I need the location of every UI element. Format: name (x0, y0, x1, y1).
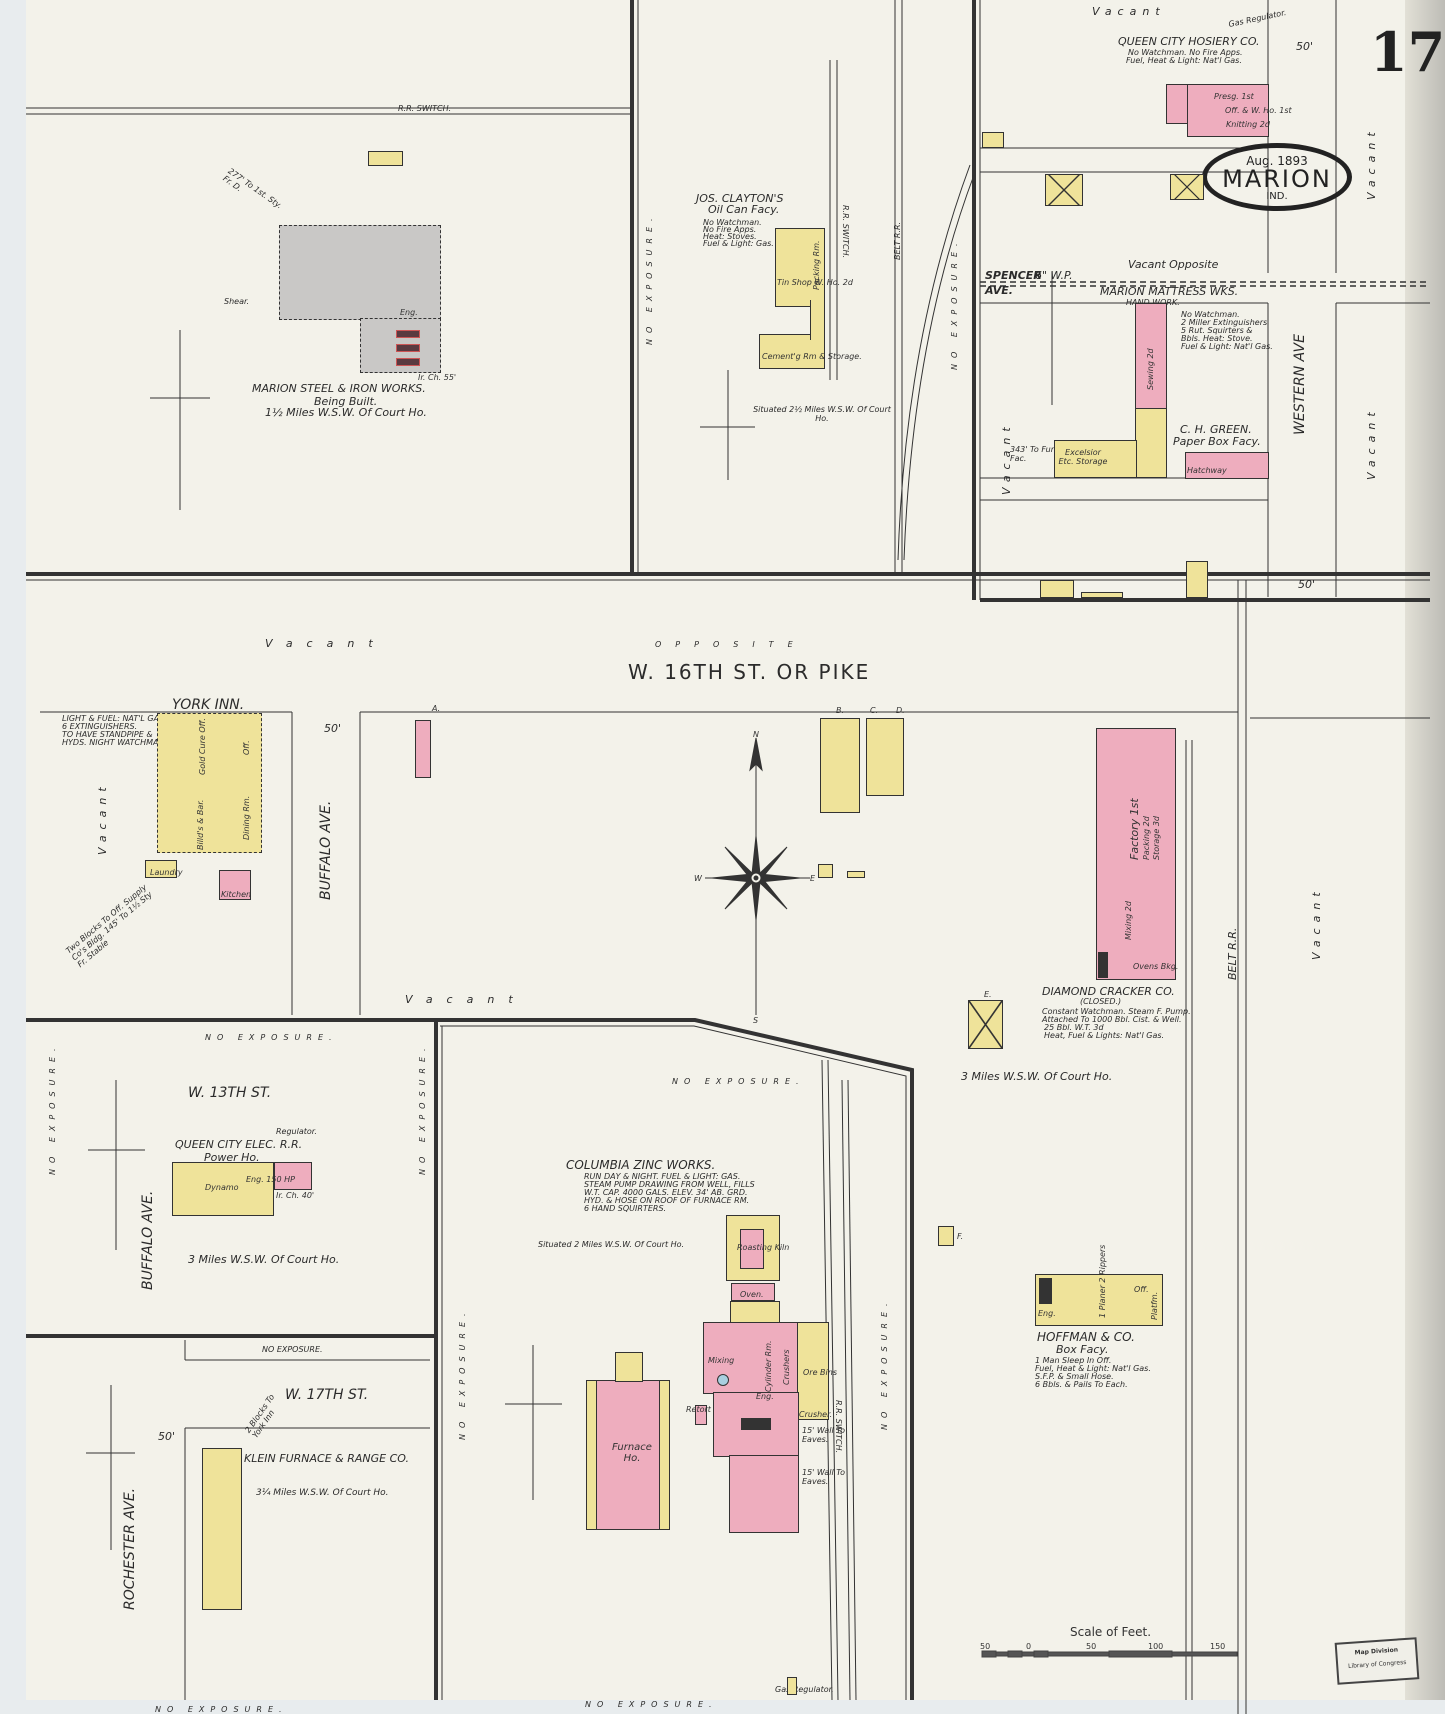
building-brick (415, 720, 431, 778)
room-label: Presg. 1st (1214, 92, 1254, 101)
vacant-label: Vacant (1310, 886, 1323, 960)
building-frame (1186, 561, 1208, 598)
property-name: QUEEN CITY ELEC. R.R. (175, 1138, 302, 1151)
room-label: Mixing (708, 1356, 734, 1365)
compass-rose-icon (705, 738, 810, 1015)
vacant-label: Vacant (96, 781, 109, 855)
room-label: Off. (242, 740, 251, 755)
street-w16th: W. 16TH ST. OR PIKE (628, 660, 870, 684)
scale-tick: 0 (1026, 1642, 1031, 1651)
property-distance: 3 Miles W.S.W. Of Court Ho. (188, 1253, 339, 1266)
room-label: Factory 1st (1128, 798, 1141, 860)
property-name: COLUMBIA ZINC WORKS. (566, 1158, 715, 1172)
street-w13th: W. 13TH ST. (188, 1085, 271, 1101)
room-label: Ovens Bkg. (1133, 962, 1178, 971)
street-western-ave: WESTERN AVE (1292, 334, 1308, 435)
building-letter: C. (870, 706, 878, 715)
pipe-size: 6" W.P. (1035, 269, 1073, 282)
property-name: YORK INN. (172, 697, 244, 713)
property-name: MARION MATTRESS WKS. (1100, 285, 1238, 298)
no-exposure-label: No Exposure. (585, 1700, 718, 1709)
scale-of-feet: Scale of Feet. 50 0 50 100 150 (980, 1625, 1240, 1665)
boiler-icon (396, 330, 420, 338)
room-label: Packing 2d (1142, 816, 1151, 860)
gas-regulator-label: Gas Regulator. (775, 1685, 834, 1694)
room-label: Knitting 2d (1226, 120, 1270, 129)
room-label: Billd's & Bar. (196, 800, 205, 850)
building-frame (1081, 592, 1123, 598)
building-under-construction (279, 225, 441, 320)
building-frame (615, 1352, 643, 1382)
property-name: KLEIN FURNACE & RANGE CO. (244, 1452, 409, 1465)
property-name: MARION STEEL & IRON WORKS. (252, 382, 426, 395)
no-exposure-label: No Exposure. (48, 1042, 57, 1175)
no-exposure-label: No Exposure. (880, 1297, 889, 1430)
room-label: Eng. (400, 308, 418, 317)
vacant-label: Vacant (1365, 406, 1378, 480)
room-label: 1 Planer 2 Rippers (1098, 1245, 1107, 1318)
no-exposure-label: No Exposure. (262, 1345, 323, 1354)
property-distance: Situated 2 Miles W.S.W. Of Court Ho. (538, 1240, 684, 1249)
building-frame (730, 1301, 780, 1323)
building-letter: B. (836, 706, 844, 715)
property-distance: Situated 2½ Miles W.S.W. Of Court Ho. (752, 405, 892, 423)
room-label: Platfm. (1150, 1292, 1159, 1320)
opposite-label: OPPOSITE (655, 640, 807, 649)
stamp-line: Library of Congress (1338, 1658, 1416, 1670)
room-label: Packing Rm. (812, 240, 821, 290)
building-frame (810, 300, 825, 340)
dimension-label: 50' (158, 1430, 175, 1443)
no-exposure-label: No Exposure. (205, 1033, 338, 1042)
room-label: Roasting Kiln (737, 1243, 789, 1252)
room-label: Crusher. (799, 1410, 832, 1419)
property-note: Fuel & Light: Nat'l Gas. (1181, 342, 1273, 351)
property-distance: 3 Miles W.S.W. Of Court Ho. (961, 1070, 1112, 1083)
room-label: Oven. (740, 1290, 764, 1299)
regulator-label: Regulator. (276, 1127, 317, 1136)
street-rochester-ave: ROCHESTER AVE. (122, 1488, 138, 1610)
room-label: Dynamo (205, 1183, 239, 1192)
belt-rr-label: BELT R.R. (1226, 928, 1239, 980)
belt-rr-label: BELT R.R. (893, 222, 902, 260)
boiler-icon (741, 1418, 771, 1430)
property-distance: 1½ Miles W.S.W. Of Court Ho. (265, 406, 427, 419)
property-note: Heat, Fuel & Lights: Nat'l Gas. (1044, 1031, 1164, 1040)
room-label: Off. & W. Ho. 1st (1225, 106, 1292, 115)
building-frame (968, 1000, 1003, 1049)
dimension-label: 50' (324, 722, 341, 735)
wall-note: 15' Wall To Eaves. (802, 1426, 862, 1444)
room-label: Crushers (782, 1349, 791, 1385)
street-w17th: W. 17TH ST. (285, 1387, 368, 1403)
room-label: Excelsior Etc. Storage (1058, 448, 1108, 466)
room-label: Eng. 150 HP (246, 1175, 295, 1184)
room-label: Kitchen (221, 890, 251, 899)
scale-tick: 150 (1210, 1642, 1225, 1651)
room-label: Sewing 2d (1146, 348, 1155, 390)
wall-note: 15' Wall To Eaves. (802, 1468, 862, 1486)
vacant-label: Vacant (265, 637, 387, 650)
building-frame (202, 1448, 242, 1610)
map-city: MARION (1207, 165, 1347, 193)
room-label: Mixing 2d (1124, 901, 1133, 940)
chimney-label: Ir. Ch. 55' (418, 373, 456, 382)
no-exposure-label: No Exposure. (672, 1077, 805, 1086)
scale-tick: 50 (1086, 1642, 1096, 1651)
building-frame (1170, 174, 1204, 200)
vacant-label: Vacant (1365, 126, 1378, 200)
street-buffalo-ave: BUFFALO AVE. (318, 801, 334, 900)
dimension-label: 50' (1296, 40, 1313, 53)
property-subtitle: Box Facy. (1056, 1343, 1109, 1356)
room-label: Retort (686, 1405, 711, 1414)
vacant-label: Vacant (1092, 5, 1166, 18)
compass-e: E (810, 874, 815, 883)
building-frame (938, 1226, 954, 1246)
room-label: Laundry (150, 868, 183, 877)
room-label: Eng. (1038, 1309, 1056, 1318)
rr-switch-label: R.R. SWITCH. (398, 104, 451, 113)
library-stamp: Map Division Library of Congress (1335, 1637, 1420, 1685)
stamp-line: Map Division (1337, 1645, 1415, 1657)
building-brick (729, 1455, 799, 1533)
building-letter: E. (984, 990, 992, 999)
room-label: Eng. (756, 1392, 774, 1401)
room-label: Storage 3d (1152, 816, 1161, 860)
building-frame (368, 151, 403, 166)
chimney-label: Ir. Ch. 40' (276, 1191, 314, 1200)
room-label: Gold Cure Off. (198, 718, 207, 775)
water-tank-icon (717, 1374, 729, 1386)
building-frame (1040, 580, 1074, 598)
room-label: Off. (1134, 1285, 1149, 1294)
page-number: 17 (1370, 20, 1445, 84)
building-frame (1135, 408, 1167, 478)
room-label: Cylinder Rm. (764, 1340, 773, 1392)
compass-w: W (694, 874, 702, 883)
room-label: Ore Bins (803, 1368, 837, 1377)
room-label: Furnace Ho. (612, 1442, 652, 1464)
property-note: Fuel & Light: Gas. (703, 239, 774, 248)
room-label: Cement'g Rm & Storage. (762, 352, 862, 361)
no-exposure-label: No Exposure. (458, 1307, 467, 1440)
property-note: 6 Hand Squirters. (584, 1204, 666, 1213)
property-note: Hyds. Night Watchman (62, 738, 164, 747)
property-distance: 3¼ Miles W.S.W. Of Court Ho. (256, 1488, 388, 1498)
title-cartouche: Aug. 1893 MARION IND. (1202, 143, 1352, 211)
building-frame (820, 718, 860, 813)
room-label: Hatchway (1187, 466, 1227, 475)
compass-n: N (753, 730, 759, 739)
scale-tick: 50 (980, 1642, 990, 1651)
no-exposure-label: No Exposure. (418, 1042, 427, 1175)
map-state: IND. (1207, 191, 1347, 202)
shear-label: Shear. (224, 297, 249, 306)
property-name: QUEEN CITY HOSIERY CO. (1118, 35, 1260, 48)
building-frame (818, 864, 833, 878)
boiler-icon (396, 358, 420, 366)
boiler-icon (1039, 1278, 1052, 1304)
building-letter: F. (957, 1232, 963, 1241)
no-exposure-label: No Exposure. (645, 212, 654, 345)
vacant-label: Vacant (405, 993, 527, 1006)
building-frame (847, 871, 865, 878)
compass-s: S (753, 1016, 758, 1025)
no-exposure-label: No Exposure. (155, 1705, 288, 1714)
property-subtitle: Oil Can Facy. (708, 203, 779, 216)
street-buffalo-ave: BUFFALO AVE. (140, 1191, 156, 1290)
property-note: 6 Bbls. & Pails To Each. (1035, 1380, 1128, 1389)
property-status: (CLOSED.) (1080, 997, 1121, 1006)
building-letter: D. (896, 706, 905, 715)
no-exposure-label: No Exposure. (950, 237, 959, 370)
property-subtitle: Paper Box Facy. (1173, 435, 1261, 448)
rr-switch-label: R.R. SWITCH. (841, 205, 850, 258)
vacant-opposite-label: Vacant Opposite (1128, 258, 1218, 271)
building-letter: A. (432, 704, 440, 713)
property-name: HOFFMAN & CO. (1037, 1330, 1135, 1344)
room-label: Dining Rm. (242, 796, 251, 840)
building-frame (787, 1677, 797, 1695)
boiler-icon (396, 344, 420, 352)
building-frame (866, 718, 904, 796)
property-note: Fuel, Heat & Light: Nat'l Gas. (1126, 56, 1242, 65)
building-frame (982, 132, 1004, 148)
oven-icon (1098, 952, 1108, 978)
scale-title: Scale of Feet. (1070, 1625, 1151, 1639)
building-frame (1045, 174, 1083, 206)
scale-tick: 100 (1148, 1642, 1163, 1651)
dimension-label: 50' (1298, 578, 1315, 591)
